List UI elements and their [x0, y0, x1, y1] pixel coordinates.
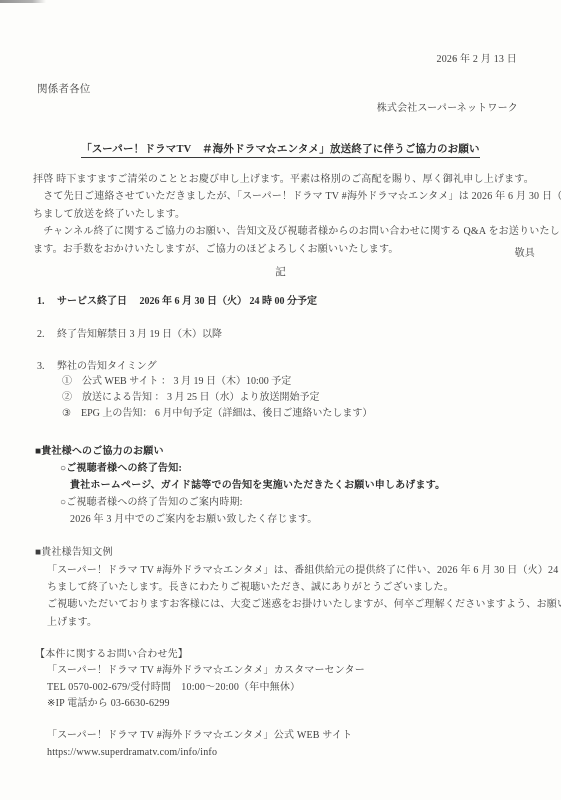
sub-item-web: ① 公式 WEB サイト ： 3 月 19 日（木）10:00 予定 — [62, 372, 291, 387]
contact-phone-hours: TEL 0570-002-679/受付時間 10:00～20:00（年中無休） — [47, 682, 300, 694]
scanned-letter-page: 2026 年 2 月 13 日 関係者各位 株式会社スーパーネットワーク 「スー… — [0, 0, 561, 800]
notice-line-1: 「スーパー！ドラマ TV #海外ドラマ☆エンタメ」は、番組供給元の提供終了に伴い… — [47, 562, 561, 579]
sub-item-epg: ③ EPG 上の告知： 6 月中旬予定（詳細は、後日ご連絡いたします） — [62, 404, 372, 419]
item-number: 2. — [37, 329, 57, 340]
scan-artifact — [0, 0, 46, 3]
item-number: 1. — [37, 296, 57, 307]
contact-heading: 【本件に関するお問い合わせ先】 — [35, 649, 188, 661]
company-name: 株式会社スーパーネットワーク — [377, 103, 518, 115]
list-item-notice-timing: 3.弊社の告知タイミング — [37, 357, 157, 372]
list-item-notice-lift: 2.終了告知解禁日 3 月 19 日（木）以降 — [37, 325, 222, 340]
notice-line-2: ちまして終了いたします。長きにわたりご視聴いただき、誠にありがとうございました。 — [47, 579, 561, 596]
sub-item-broadcast: ② 放送による告知 ： 3 月 25 日（水）より放送開始予定 — [62, 388, 320, 403]
cooperation-point2-text: 2026 年 3 月中でのご案内をお願い致したく存じます。 — [70, 514, 318, 526]
notice-example-heading: ■貴社様告知文例 — [35, 547, 113, 559]
website-label: 「スーパー！ドラマ TV #海外ドラマ☆エンタメ」公式 WEB サイト — [47, 730, 352, 742]
website-url: https://www.superdramatv.com/info/info — [47, 747, 217, 759]
body-line-2: さて先日ご連絡させていただきましたが、「スーパー！ドラマ TV #海外ドラマ☆エ… — [33, 188, 538, 205]
item-text: 弊社の告知タイミング — [57, 361, 157, 372]
notice-line-4: 上げます。 — [47, 614, 561, 631]
item-text: 終了告知解禁日 3 月 19 日（木）以降 — [57, 329, 222, 340]
document-title: 「スーパー！ドラマTV ＃海外ドラマ☆エンタメ」放送終了に伴うご協力のお願い — [81, 144, 480, 158]
contact-ip-phone: ※IP 電話から 03-6630-6299 — [47, 698, 170, 710]
cooperation-point1-label: ○ご視聴者様への終了告知: — [60, 463, 182, 475]
cooperation-point1-text: 貴社ホームページ、ガイド誌等での告知を実施いただきたくお願い申しあげます。 — [70, 480, 445, 492]
cooperation-heading: ■貴社様へのご協力のお願い — [35, 446, 164, 458]
cooperation-point2-label: ○ご視聴者様への終了告知のご案内時期: — [60, 497, 243, 509]
document-date: 2026 年 2 月 13 日 — [437, 54, 518, 66]
body-line-5: ます。お手数をおかけいたしますが、ご協力のほどよろしくお願いいたします。 — [33, 241, 538, 258]
contact-center-name: 「スーパー！ドラマ TV #海外ドラマ☆エンタメ」カスタマーセンター — [47, 665, 365, 677]
recipient-line: 関係者各位 — [37, 84, 91, 96]
greeting-paragraphs: 拝啓 時下ますますご清栄のこととお慶び申し上げます。平素は格別のご高配を賜り、厚… — [33, 171, 538, 258]
item-number: 3. — [37, 361, 57, 372]
body-line-4: チャンネル終了に関するご協力のお願い、告知文及び視聴者様からのお問い合わせに関す… — [33, 223, 538, 240]
title-row: 「スーパー！ドラマTV ＃海外ドラマ☆エンタメ」放送終了に伴うご協力のお願い — [0, 139, 561, 157]
notice-line-3: ご視聴いただいておりますお客様には、大変ご迷惑をお掛けいたしますが、何卒ご理解く… — [47, 596, 561, 613]
body-line-3: ちまして放送を終了いたします。 — [33, 206, 538, 223]
list-item-service-end: 1.サービス終了日 2026 年 6 月 30 日（火） 24 時 00 分予定 — [37, 292, 317, 307]
body-line-1: 拝啓 時下ますますご清栄のこととお慶び申し上げます。平素は格別のご高配を賜り、厚… — [33, 171, 538, 188]
item-text: サービス終了日 2026 年 6 月 30 日（火） 24 時 00 分予定 — [57, 296, 317, 307]
notice-example-body: 「スーパー！ドラマ TV #海外ドラマ☆エンタメ」は、番組供給元の提供終了に伴い… — [47, 562, 561, 631]
record-mark: 記 — [0, 264, 561, 279]
closing-keigu: 敬具 — [515, 248, 535, 260]
